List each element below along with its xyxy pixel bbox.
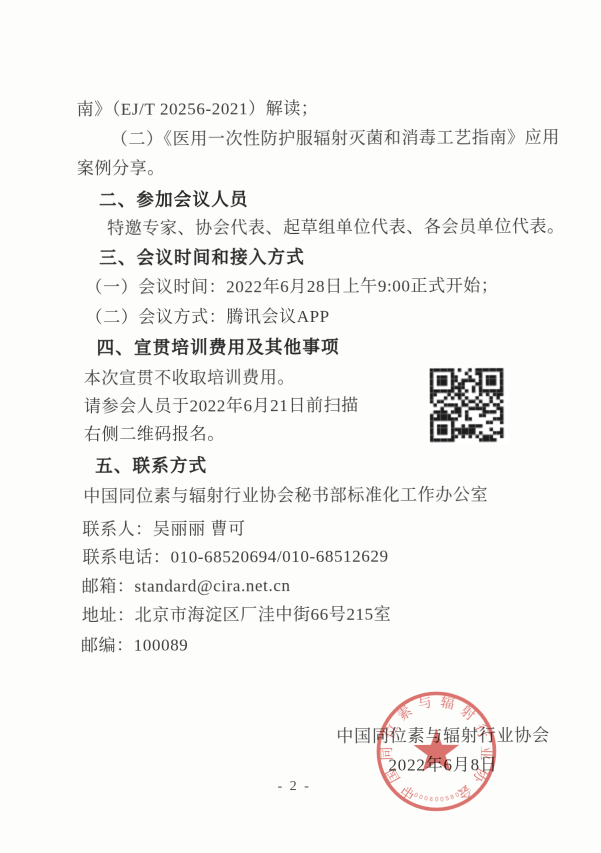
qr-code-canvas <box>428 366 508 444</box>
svg-text:6: 6 <box>429 797 434 803</box>
contact-postcode-line: 邮编：100089 <box>81 634 189 656</box>
official-seal: 中国同位素与辐射行业协会1100060058023 <box>373 688 500 815</box>
contact-person-line: 联系人：吴丽丽 曹可 <box>82 518 245 541</box>
section-heading-2: 二、参加会议人员 <box>99 188 249 211</box>
contact-address-line: 地址：北京市海淀区厂洼中街66号215室 <box>82 604 392 627</box>
contact-email-line: 邮箱：standard@cira.net.cn <box>82 575 291 598</box>
body-line: 请参会人员于2022年6月21日前扫描 <box>84 395 359 418</box>
svg-text:业: 业 <box>477 746 493 761</box>
section-heading-3: 三、会议时间和接入方式 <box>99 246 305 269</box>
scanned-document-page: 南》（EJ/T 20256-2021）解读； （二）《医用一次性防护服辐射灭菌和… <box>0 0 601 853</box>
svg-text:辐: 辐 <box>439 694 456 713</box>
body-line: （二）会议方式：腾讯会议APP <box>85 306 329 329</box>
contact-phone-line: 联系电话：010-68520694/010-68512629 <box>83 546 389 569</box>
body-line: 案例分享。 <box>77 158 165 180</box>
svg-text:与: 与 <box>416 694 433 713</box>
body-line: 中国同位素与辐射行业协会秘书部标准化工作办公室 <box>83 484 488 508</box>
document-body: 南》（EJ/T 20256-2021）解读； （二）《医用一次性防护服辐射灭菌和… <box>0 0 601 853</box>
body-line: （一）会议时间：2022年6月28日上午9:00正式开始； <box>85 275 498 299</box>
body-line: （二）《医用一次性防护服辐射灭菌和消毒工艺指南》应用 <box>111 127 560 151</box>
body-line: 特邀专家、协会代表、起草组单位代表、各会员单位代表。 <box>107 216 565 240</box>
section-heading-5: 五、联系方式 <box>95 454 207 476</box>
svg-text:0: 0 <box>424 796 429 803</box>
body-line: 本次宣贯不收取培训费用。 <box>84 367 295 390</box>
section-heading-4: 四、宣贯培训费用及其他事项 <box>97 336 340 359</box>
body-line: 南》（EJ/T 20256-2021）解读； <box>77 98 319 121</box>
svg-text:0: 0 <box>440 797 445 803</box>
seal-graphic: 中国同位素与辐射行业协会1100060058023 <box>373 688 500 815</box>
svg-text:0: 0 <box>435 797 439 803</box>
svg-text:协: 协 <box>469 765 491 786</box>
body-line: 右侧二维码报名。 <box>84 423 225 446</box>
qr-code-icon <box>428 366 508 444</box>
page-number: - 2 - <box>278 779 311 795</box>
svg-text:同: 同 <box>379 746 396 761</box>
